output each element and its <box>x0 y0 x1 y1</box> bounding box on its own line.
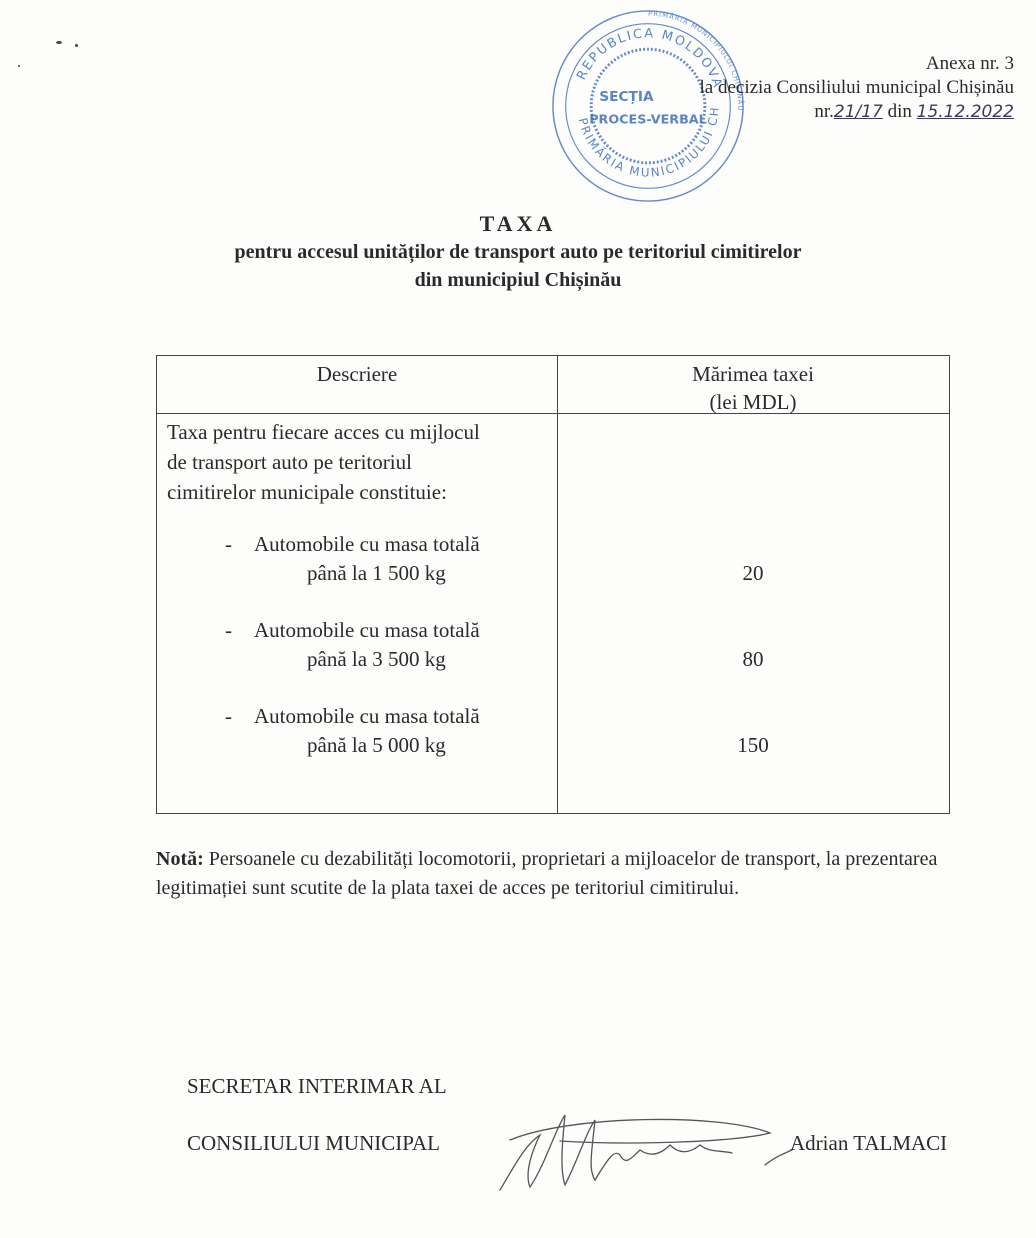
signatory-name: Adrian TALMACI <box>790 1131 947 1156</box>
table-row: - Automobile cu masa totală până la 3 50… <box>157 616 949 676</box>
table-intro: Taxa pentru fiecare acces cu mijlocul de… <box>167 417 555 507</box>
fee-value: 20 <box>557 559 949 588</box>
note-label: Notă: <box>156 848 204 870</box>
tax-table: Descriere Mărimea taxei (lei MDL) Taxa p… <box>156 355 950 814</box>
table-row: - Automobile cu masa totală până la 1 50… <box>157 530 949 590</box>
decision-number: 21/17 <box>834 102 883 122</box>
signatory-title-line-2: CONSILIULUI MUNICIPAL <box>187 1131 440 1156</box>
annex-header: Anexa nr. 3 la decizia Consiliului munic… <box>699 52 1014 124</box>
decision-line: la decizia Consiliului municipal Chișină… <box>699 76 1014 100</box>
scan-speck <box>18 65 20 67</box>
title-line-2: din municipiul Chișinău <box>0 266 1036 294</box>
header-description: Descriere <box>157 360 557 388</box>
decision-date: 15.12.2022 <box>917 102 1014 122</box>
document-title: TAXA pentru accesul unităților de transp… <box>0 210 1036 294</box>
svg-text:PROCES-VERBAL: PROCES-VERBAL <box>589 113 707 128</box>
scan-speck <box>56 41 62 44</box>
fee-value: 150 <box>557 731 949 760</box>
annex-number: Anexa nr. 3 <box>699 52 1014 76</box>
table-row: - Automobile cu masa totală până la 5 00… <box>157 702 949 762</box>
header-amount: Mărimea taxei (lei MDL) <box>557 360 949 416</box>
note-text: Persoanele cu dezabilități locomotorii, … <box>156 848 937 899</box>
svg-text:SECȚIA: SECȚIA <box>599 89 654 105</box>
fee-value: 80 <box>557 645 949 674</box>
handwritten-signature-icon <box>470 1095 800 1195</box>
title-line-1: pentru accesul unităților de transport a… <box>0 238 1036 266</box>
signatory-title-line-1: SECRETAR INTERIMAR AL <box>187 1074 447 1099</box>
decision-ref: nr.21/17 din 15.12.2022 <box>699 100 1014 124</box>
exemption-note: Notă: Persoanele cu dezabilități locomot… <box>156 845 1006 903</box>
title-main: TAXA <box>0 210 1036 238</box>
scan-speck <box>75 44 78 47</box>
